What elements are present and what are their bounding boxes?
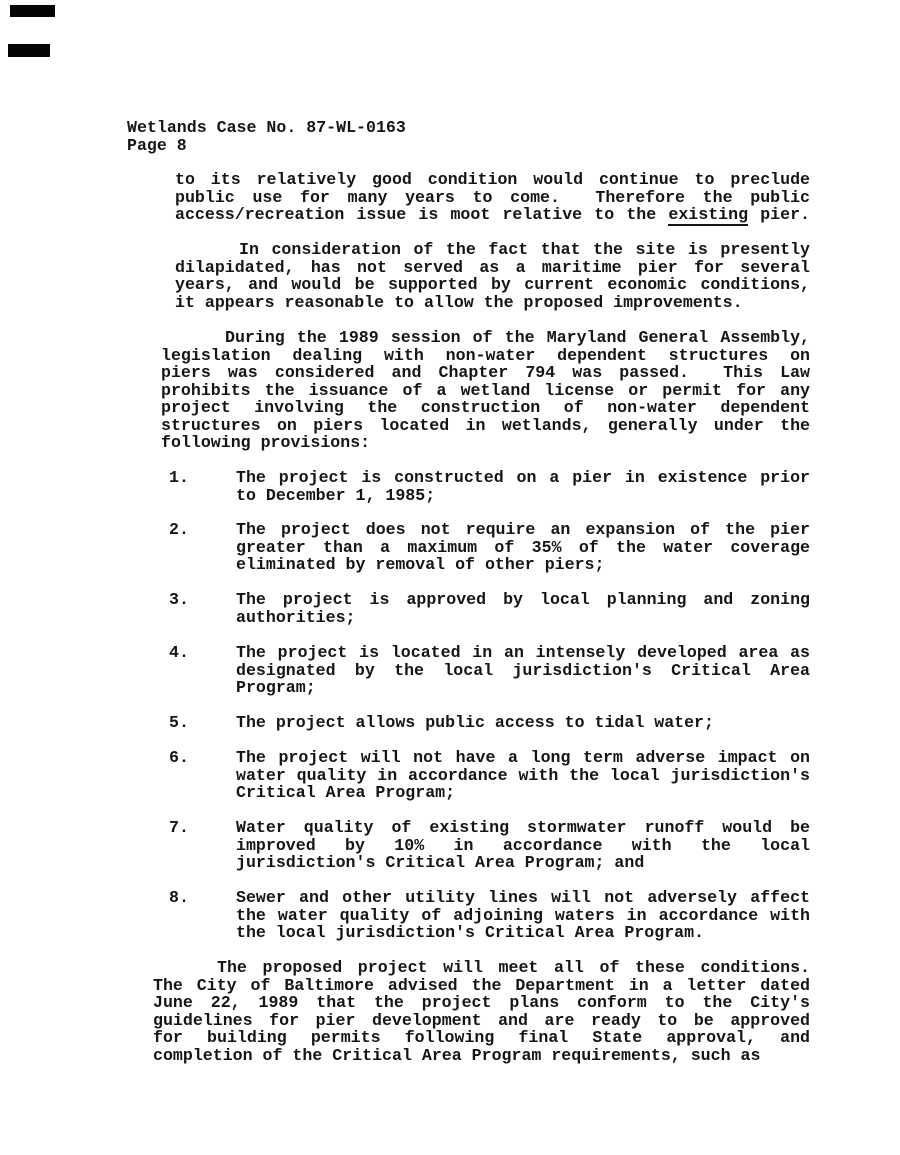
item-number: 5. xyxy=(169,714,189,732)
text-line: jurisdiction's Critical Area Program; an… xyxy=(169,854,810,872)
text-line: The project is constructed on a pier in … xyxy=(169,469,810,487)
text-line: dilapidated, has not served as a maritim… xyxy=(175,259,810,277)
page-header: Wetlands Case No. 87-WL-0163Page 8 xyxy=(127,119,557,154)
text-line: designated by the local jurisdiction's C… xyxy=(169,662,810,680)
list-item-1: 1.The project is constructed on a pier i… xyxy=(169,469,810,504)
item-number: 8. xyxy=(169,889,189,907)
text-line: legislation dealing with non-water depen… xyxy=(161,347,810,365)
text-line: greater than a maximum of 35% of the wat… xyxy=(169,539,810,557)
text-line: improved by 10% in accordance with the l… xyxy=(169,837,810,855)
text-line: Water quality of existing stormwater run… xyxy=(169,819,810,837)
paragraph-p1: to its relatively good condition would c… xyxy=(175,171,810,224)
text-line: The project allows public access to tida… xyxy=(169,714,810,732)
text-line: The City of Baltimore advised the Depart… xyxy=(153,977,810,995)
text-line: prohibits the issuance of a wetland lice… xyxy=(161,382,810,400)
text-line: Sewer and other utility lines will not a… xyxy=(169,889,810,907)
paragraph-p3: During the 1989 session of the Maryland … xyxy=(161,329,810,452)
text-line: authorities; xyxy=(169,609,810,627)
text-line: The proposed project will meet all of th… xyxy=(153,959,810,977)
text-line: piers was considered and Chapter 794 was… xyxy=(161,364,810,382)
scan-artifact xyxy=(8,44,50,57)
text-line: it appears reasonable to allow the propo… xyxy=(175,294,810,312)
text-line: June 22, 1989 that the project plans con… xyxy=(153,994,810,1012)
text-line: The project will not have a long term ad… xyxy=(169,749,810,767)
text-line: During the 1989 session of the Maryland … xyxy=(161,329,810,347)
text-line: In consideration of the fact that the si… xyxy=(175,241,810,259)
text-line: to its relatively good condition would c… xyxy=(175,171,810,189)
text-line: for building permits following final Sta… xyxy=(153,1029,810,1047)
text-line: guidelines for pier development and are … xyxy=(153,1012,810,1030)
text-line: The project is located in an intensely d… xyxy=(169,644,810,662)
text-line: eliminated by removal of other piers; xyxy=(169,556,810,574)
text-line: project involving the construction of no… xyxy=(161,399,810,417)
text-line: access/recreation issue is moot relative… xyxy=(175,206,810,224)
document-page: Wetlands Case No. 87-WL-0163Page 8to its… xyxy=(0,0,900,1155)
item-number: 7. xyxy=(169,819,189,837)
text-line: public use for many years to come. There… xyxy=(175,189,810,207)
text-line: The project is approved by local plannin… xyxy=(169,591,810,609)
list-item-6: 6.The project will not have a long term … xyxy=(169,749,810,802)
text-line: the local jurisdiction's Critical Area P… xyxy=(169,924,810,942)
underlined-text: existing xyxy=(668,205,748,226)
item-number: 6. xyxy=(169,749,189,767)
list-item-5: 5.The project allows public access to ti… xyxy=(169,714,810,732)
text-line: following provisions: xyxy=(161,434,810,452)
list-item-2: 2.The project does not require an expans… xyxy=(169,521,810,574)
text-line: The project does not require an expansio… xyxy=(169,521,810,539)
paragraph-p2: In consideration of the fact that the si… xyxy=(175,241,810,311)
text-line: completion of the Critical Area Program … xyxy=(153,1047,810,1065)
list-item-3: 3.The project is approved by local plann… xyxy=(169,591,810,626)
header-line: Page 8 xyxy=(127,137,557,155)
list-item-7: 7.Water quality of existing stormwater r… xyxy=(169,819,810,872)
list-item-4: 4.The project is located in an intensely… xyxy=(169,644,810,697)
item-number: 4. xyxy=(169,644,189,662)
text-line: structures on piers located in wetlands,… xyxy=(161,417,810,435)
item-number: 2. xyxy=(169,521,189,539)
header-line: Wetlands Case No. 87-WL-0163 xyxy=(127,119,557,137)
paragraph-p4: The proposed project will meet all of th… xyxy=(153,959,810,1064)
list-item-8: 8.Sewer and other utility lines will not… xyxy=(169,889,810,942)
text-line: years, and would be supported by current… xyxy=(175,276,810,294)
item-number: 3. xyxy=(169,591,189,609)
scan-artifact xyxy=(10,5,55,17)
text-line: Program; xyxy=(169,679,810,697)
text-line: to December 1, 1985; xyxy=(169,487,810,505)
text-segment: pier. xyxy=(748,205,810,224)
text-line: the water quality of adjoining waters in… xyxy=(169,907,810,925)
item-number: 1. xyxy=(169,469,189,487)
text-line: Critical Area Program; xyxy=(169,784,810,802)
text-line: water quality in accordance with the loc… xyxy=(169,767,810,785)
text-segment: access/recreation issue is moot relative… xyxy=(175,205,668,224)
